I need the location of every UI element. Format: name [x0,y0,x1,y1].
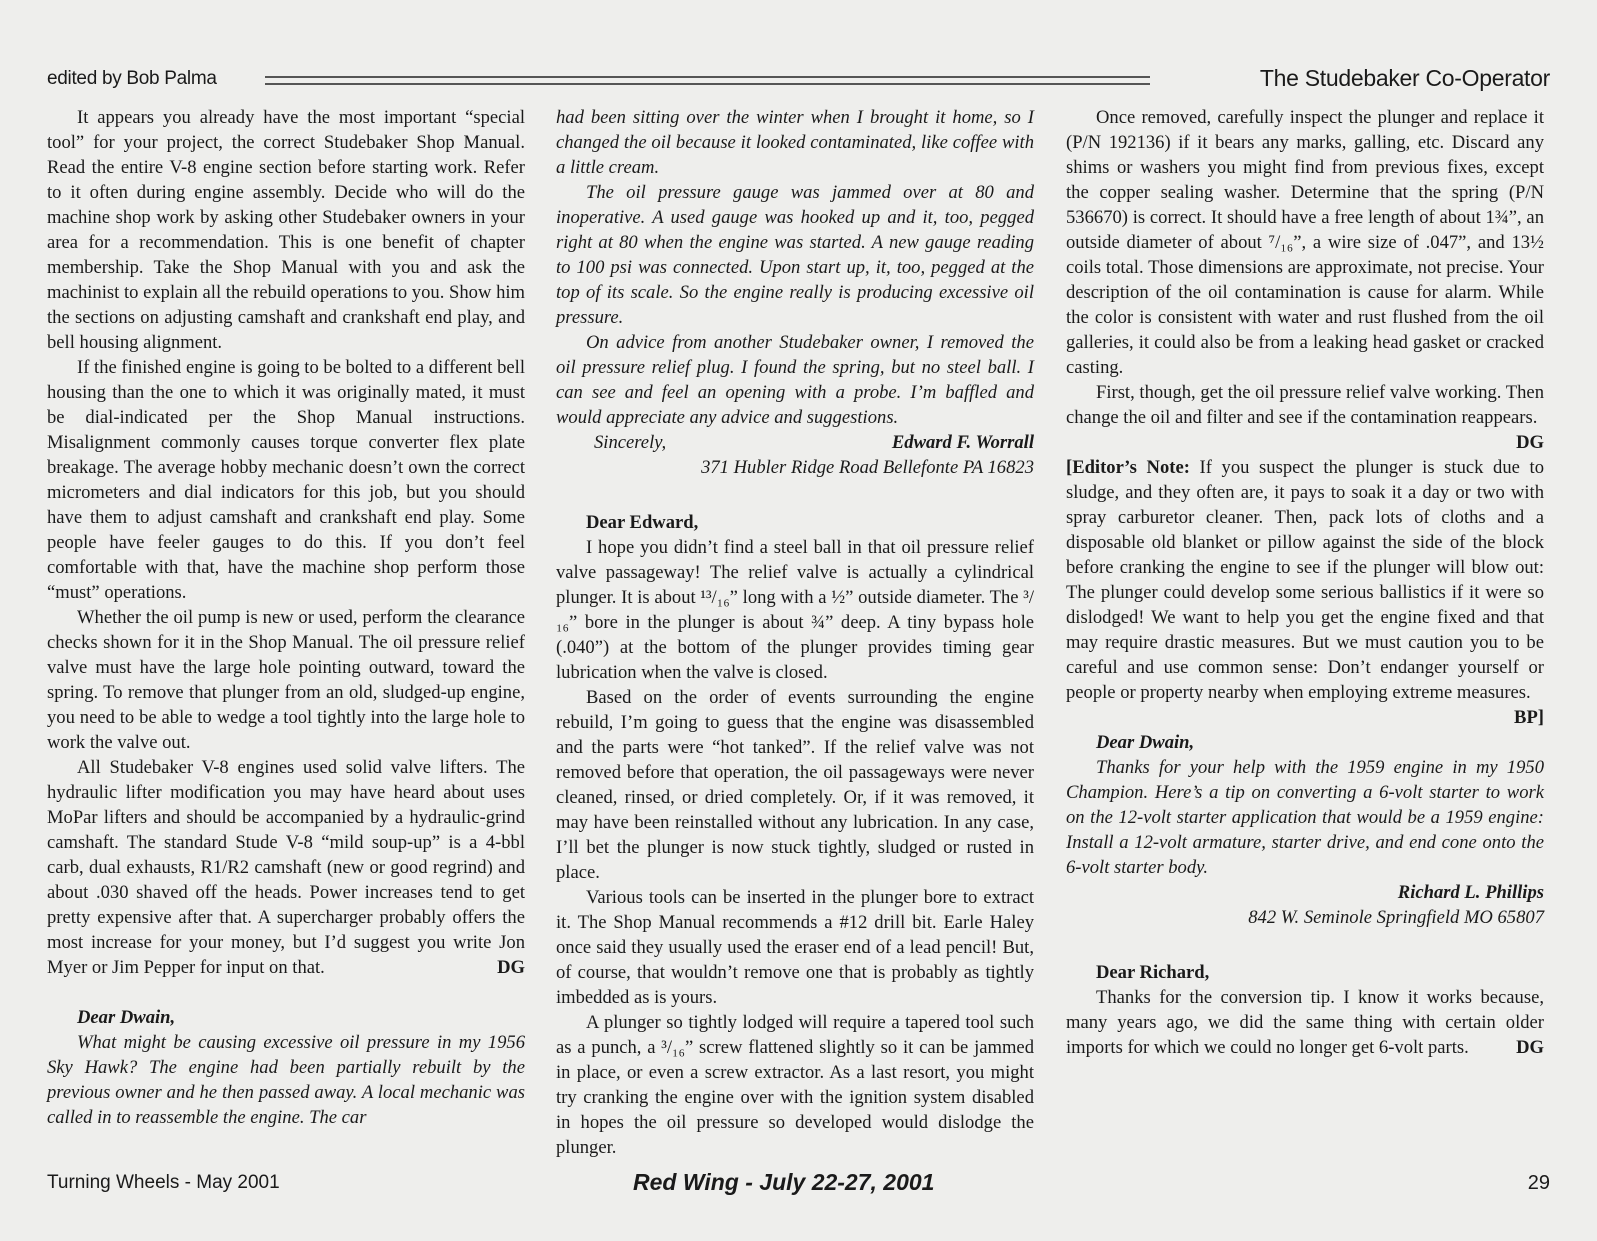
column-1: It appears you already have the most imp… [47,105,525,1130]
header-double-rule [265,76,1150,85]
letter-paragraph: The oil pressure gauge was jammed over a… [556,180,1034,330]
letter-paragraph: On advice from another Studebaker owner,… [556,330,1034,430]
reply-salutation: Dear Richard, [1066,960,1544,985]
letter-signature: Richard L. Phillips [1066,880,1544,905]
letter-paragraph: What might be causing excessive oil pres… [47,1030,525,1130]
event-banner: Red Wing - July 22-27, 2001 [633,1169,934,1196]
reply-paragraph: I hope you didn’t find a steel ball in t… [556,535,1034,685]
reply-paragraph: Various tools can be inserted in the plu… [556,885,1034,1010]
column-title: The Studebaker Co-Operator [1260,65,1550,92]
editor-credit: edited by Bob Palma [47,68,217,90]
page-number: 29 [1528,1172,1550,1195]
answer-paragraph: Whether the oil pump is new or used, per… [47,605,525,755]
reply-salutation: Dear Edward, [556,510,1034,535]
letter-closing: Sincerely, [594,430,666,455]
reply-paragraph: Once removed, carefully inspect the plun… [1066,105,1544,380]
reply-text: First, though, get the oil pressure reli… [1066,382,1544,428]
editors-note-text: If you suspect the plunger is stuck due … [1066,457,1544,703]
reply-initials: DG [1486,430,1544,455]
column-2: had been sitting over the winter when I … [556,105,1034,1160]
column-3: Once removed, carefully inspect the plun… [1066,105,1544,1060]
letter-paragraph: Thanks for your help with the 1959 engin… [1066,755,1544,880]
answer-paragraph: If the finished engine is going to be bo… [47,355,525,605]
reply-paragraph: Based on the order of events surrounding… [556,685,1034,885]
letter-address: 371 Hubler Ridge Road Bellefonte PA 1682… [556,455,1034,480]
editors-note-label: [Editor’s Note: [1066,457,1190,478]
answer-paragraph: It appears you already have the most imp… [47,105,525,355]
reply-initials: DG [1486,1035,1544,1060]
page-footer: Turning Wheels - May 2001 Red Wing - Jul… [47,1172,1550,1202]
letter-salutation: Dear Dwain, [47,1005,525,1030]
letter-signature: Edward F. Worrall [892,430,1034,455]
answer-paragraph: All Studebaker V-8 engines used solid va… [47,755,525,980]
letter-salutation: Dear Dwain, [1066,730,1544,755]
letter-paragraph: had been sitting over the winter when I … [556,105,1034,180]
reply-paragraph: First, though, get the oil pressure reli… [1066,380,1544,430]
letter-signoff: Sincerely, Edward F. Worrall [556,430,1034,455]
reply-paragraph: Thanks for the conversion tip. I know it… [1066,985,1544,1060]
editors-note: [Editor’s Note: If you suspect the plung… [1066,455,1544,705]
reply-paragraph: A plunger so tightly lodged will require… [556,1010,1034,1160]
publication-issue: Turning Wheels - May 2001 [47,1172,280,1194]
letter-address: 842 W. Seminole Springfield MO 65807 [1066,905,1544,930]
answer-text: All Studebaker V-8 engines used solid va… [47,757,525,978]
answer-initials: DG [467,955,525,980]
reply-text: Thanks for the conversion tip. I know it… [1066,987,1544,1058]
editors-note-initials: BP] [1514,705,1544,730]
page-header: edited by Bob Palma The Studebaker Co-Op… [47,66,1550,96]
